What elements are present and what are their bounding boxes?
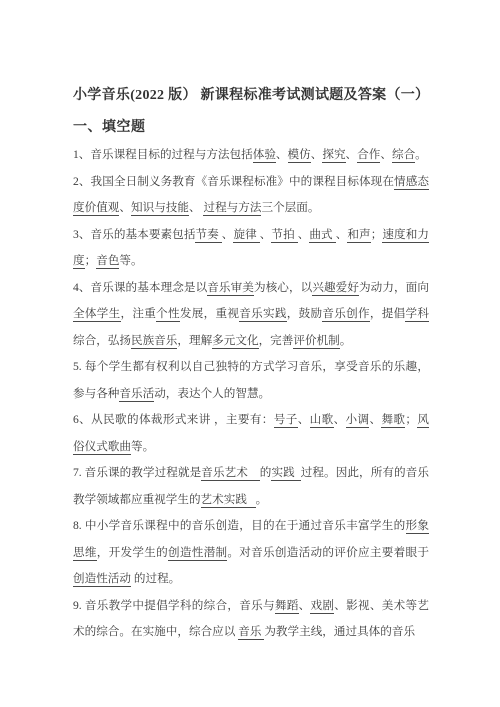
answer-blank: 知识与技能 [131,201,189,216]
question-text: 的 [260,466,272,479]
answer-blank: 综合 [392,148,415,163]
question-5: 5. 每个学生都有权利以自己独特的方式学习音乐，享受音乐的乐趣，参与各种音乐活动… [73,354,429,407]
answer-blank: 合作 [357,148,380,163]
question-2: 2、我国全日制义务教育《音乐课程标准》中的课程目标体现在情感态度价值观、知识与技… [73,169,429,222]
answer-blank: 戏剧 [310,599,334,614]
question-text: 、 [311,148,323,161]
answer-blank: 旋律 [233,228,259,243]
question-text: 、 [336,228,348,241]
question-text: ； [405,413,417,426]
answer-blank: 兴趣爱好 [312,281,359,296]
question-text: 、 [119,201,131,214]
answer-blank: 节奏 [195,228,221,243]
answer-blank: 音乐创作 [322,307,370,322]
answer-blank: 评价机制 [293,334,339,349]
question-text: 3、音乐的基本要素包括 [73,228,195,241]
question-8: 8. 中小学音乐课程中的音乐创造，目的在于通过音乐丰富学生的形象思维，开发学生的… [73,513,429,593]
answer-blank: 民族音乐 [131,334,177,349]
question-text: 1、音乐课程目标的过程与方法包括 [73,148,253,161]
question-text: 综合，弘扬 [73,334,131,347]
question-text: 发展，重视 [180,307,239,320]
question-text: 9. 音乐教学中提倡学科的综合，音乐与 [73,599,275,612]
answer-blank: 实践 [271,466,300,481]
question-text: 8. 中小学音乐课程中的音乐创造，目的在于通过音乐丰富学生的 [73,519,406,532]
answer-blank: 山歌 [310,413,334,428]
question-text: 。 [256,493,268,506]
answer-blank: 节拍 [271,228,297,243]
question-text: 、 [334,413,346,426]
question-text: 7. 音乐课的教学过程就是 [73,466,201,479]
answer-blank: 舞蹈 [275,599,299,614]
section-heading-fill-in-blank: 一、填空题 [73,118,429,138]
question-text: 、 [260,228,272,241]
question-text: ，提倡 [370,307,406,320]
answer-blank: 音乐实践 [239,307,287,322]
question-text: ； [85,254,97,267]
question-text: 、 [369,413,381,426]
question-text: 、 [298,413,310,426]
question-text: 、 [276,148,288,161]
question-text: ，注重 [121,307,157,320]
question-text: ，开发学生的 [97,546,168,559]
question-text: 的过程。 [131,572,180,585]
question-text: ，完善 [259,334,294,347]
answer-blank: 过程与方法 [203,201,261,216]
question-text: 、 [346,148,358,161]
question-text: 等。 [119,254,142,267]
answer-blank: 模仿 [288,148,311,163]
question-4: 4、音乐课的基本理念是以音乐审美为核心，以兴趣爱好为动力，面向全体学生，注重个性… [73,275,429,355]
question-text: 三个层面。 [261,201,319,214]
answer-blank: 舞歌 [381,413,405,428]
question-text: 等。 [131,440,154,453]
answer-blank: 创造性活动 [73,572,131,587]
answer-blank: 音色 [96,254,119,269]
answer-blank: 音乐艺术 [201,466,260,481]
question-text: 、 [298,228,310,241]
question-9: 9. 音乐教学中提倡学科的综合，音乐与舞蹈、戏剧、影视、美术等艺术的综合。在实施… [73,593,429,646]
answer-blank: 音乐活 [119,387,154,402]
question-text: 为动力，面向 [359,281,429,294]
question-7: 7. 音乐课的教学过程就是音乐艺术 的实践 过程。因此，所有的音乐教学领域都应重… [73,460,429,513]
question-text: 、 [189,201,204,214]
answer-blank: 小调 [346,413,370,428]
answer-blank: 学科 [405,307,428,322]
question-list: 1、音乐课程目标的过程与方法包括体验、模仿、探究、合作、综合。2、我国全日制义务… [73,142,429,646]
question-text: 为教学主线，通过具体的音乐 [264,625,415,638]
question-text: ，鼓励 [287,307,323,320]
answer-blank: 和声 [347,228,370,243]
document-page: 小学音乐(2022 版） 新课程标准考试测试题及答案（一） 一、填空题 1、音乐… [0,0,500,707]
question-text: 6、从民歌的体裁形式来讲 ，主要有： [73,413,274,426]
question-text: 、 [380,148,392,161]
question-text: ，理解 [177,334,212,347]
answer-blank: 号子 [274,413,298,428]
question-text: 为核心，以 [254,281,312,294]
question-text: 。 [415,148,427,161]
question-text: 动，表达个人的智慧。 [154,387,270,400]
answer-blank: 体验 [253,148,276,163]
answer-blank: 艺术实践 [201,493,256,508]
answer-blank: 全体学生 [73,307,121,322]
question-text: 、 [222,228,234,241]
answer-blank: 曲式 [309,228,335,243]
question-text: ； [371,228,383,241]
answer-blank: 个性 [156,307,180,322]
question-text: 4、音乐课的基本理念是以 [73,281,207,294]
answer-blank: 探究 [322,148,345,163]
question-text: 。 [340,334,352,347]
question-text: 2、我国全日制义务教育《音乐课程标准》中的课程目标体现在 [73,175,394,188]
answer-blank: 音乐审美 [207,281,254,296]
question-text: 、 [299,599,311,612]
question-3: 3、音乐的基本要素包括节奏 、旋律 、节拍 、曲式 、和声；速度和力度；音色等。 [73,222,429,275]
question-1: 1、音乐课程目标的过程与方法包括体验、模仿、探究、合作、综合。 [73,142,429,169]
question-6: 6、从民歌的体裁形式来讲 ，主要有：号子、山歌、小调、舞歌；风俗仪式歌曲等。 [73,407,429,460]
answer-blank: 多元文化 [212,334,258,349]
answer-blank: 音乐 [238,625,264,640]
question-text: 。对音乐创造活动的评价应主要着眼于 [227,546,429,559]
answer-blank: 创造性潜制 [168,546,227,561]
document-title: 小学音乐(2022 版） 新课程标准考试测试题及答案（一） [73,86,429,106]
